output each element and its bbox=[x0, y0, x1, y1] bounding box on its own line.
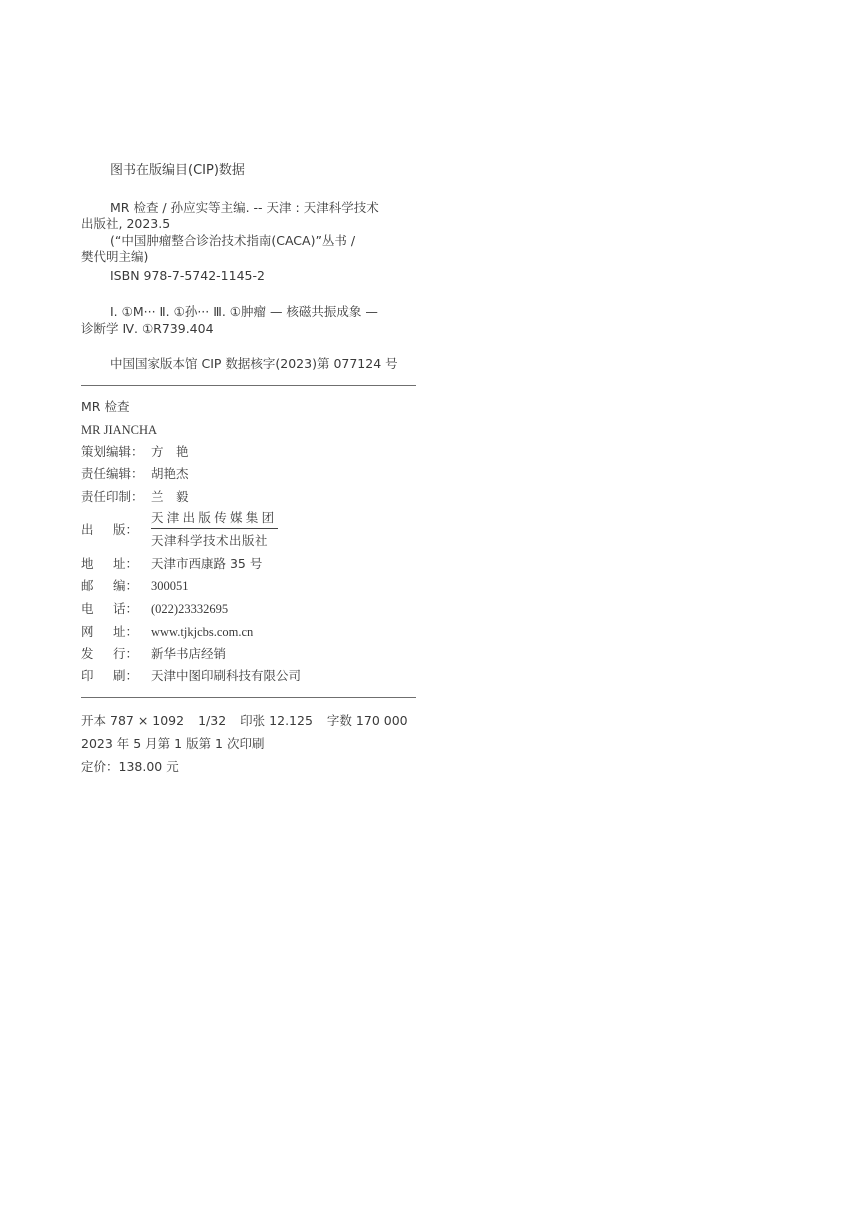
field-label-a: 地 bbox=[81, 556, 94, 572]
book-title-pinyin: MR JIANCHA bbox=[81, 422, 157, 438]
field-label: 责任编辑： bbox=[81, 466, 151, 482]
publisher-group: 天津出版传媒集团 bbox=[151, 510, 278, 529]
cip-heading: 图书在版编目(CIP)数据 bbox=[110, 163, 245, 179]
field-label-a: 电 bbox=[81, 601, 94, 617]
divider-top bbox=[81, 385, 416, 386]
field-label-b: 版： bbox=[113, 522, 138, 538]
book-title-cn: MR 检查 bbox=[81, 399, 129, 415]
edition-line: 2023 年 5 月第 1 版第 1 次印刷 bbox=[81, 736, 264, 752]
format-value: 787 × 1092 bbox=[110, 713, 184, 728]
field-label-a: 网 bbox=[81, 624, 94, 640]
field-publisher-value: 天津出版传媒集团 天津科学技术出版社 bbox=[151, 510, 278, 549]
divider-bottom bbox=[81, 697, 416, 698]
words-label: 字数 bbox=[327, 713, 352, 728]
field-label-b: 行： bbox=[113, 646, 138, 662]
field-value: 方 艳 bbox=[151, 444, 189, 459]
field-postcode: 邮编：300051 bbox=[81, 578, 189, 594]
field-label-b: 址： bbox=[113, 624, 138, 640]
publisher-house: 天津科学技术出版社 bbox=[151, 533, 278, 549]
cip-isbn: ISBN 978-7-5742-1145-2 bbox=[110, 268, 265, 284]
field-phone: 电话：(022)23332695 bbox=[81, 601, 228, 617]
field-publisher-label: 出版： bbox=[81, 522, 151, 538]
format-label: 开本 bbox=[81, 713, 106, 728]
cip-subjects-line-1: Ⅰ. ①M··· Ⅱ. ①孙··· Ⅲ. ①肿瘤 — 核磁共振成象 — bbox=[110, 304, 378, 320]
specs-format-line: 开本 787 × 10921/32印张 12.125字数 170 000 bbox=[81, 713, 408, 729]
cip-entry-line-1: MR 检查 / 孙应实等主编. -- 天津 : 天津科学技术 bbox=[110, 200, 379, 216]
field-label-b: 编： bbox=[113, 578, 138, 594]
price-line: 定价：138.00 元 bbox=[81, 759, 179, 775]
field-label-a: 印 bbox=[81, 668, 94, 684]
cip-series-line-1: (“中国肿瘤整合诊治技术指南(CACA)”丛书 / bbox=[110, 233, 355, 249]
field-value: 胡艳杰 bbox=[151, 466, 189, 481]
field-label-b: 刷： bbox=[113, 668, 138, 684]
field-address: 地址：天津市西康路 35 号 bbox=[81, 556, 262, 572]
field-value: 兰 毅 bbox=[151, 489, 189, 504]
field-label-b: 址： bbox=[113, 556, 138, 572]
field-label: 策划编辑： bbox=[81, 444, 151, 460]
field-value: 天津中图印刷科技有限公司 bbox=[151, 668, 301, 683]
field-value: 新华书店经销 bbox=[151, 646, 226, 661]
field-label-a: 邮 bbox=[81, 578, 94, 594]
field-planning-editor: 策划编辑：方 艳 bbox=[81, 444, 189, 460]
cip-subjects-line-2: 诊断学 Ⅳ. ①R739.404 bbox=[81, 321, 214, 337]
field-distribution: 发行：新华书店经销 bbox=[81, 646, 226, 662]
field-label: 责任印制： bbox=[81, 489, 151, 505]
field-value: (022)23332695 bbox=[151, 602, 228, 616]
words-value: 170 000 bbox=[356, 713, 408, 728]
field-label-a: 发 bbox=[81, 646, 94, 662]
field-website: 网址：www.tjkjcbs.com.cn bbox=[81, 624, 253, 640]
field-label-b: 话： bbox=[113, 601, 138, 617]
sheets-label: 印张 bbox=[240, 713, 265, 728]
field-value: 天津市西康路 35 号 bbox=[151, 556, 262, 571]
fraction: 1/32 bbox=[198, 713, 226, 728]
cip-series-line-2: 樊代明主编) bbox=[81, 249, 148, 265]
sheets-value: 12.125 bbox=[269, 713, 313, 728]
cip-record-number: 中国国家版本馆 CIP 数据核字(2023)第 077124 号 bbox=[110, 356, 398, 372]
field-responsible-printing: 责任印制：兰 毅 bbox=[81, 489, 189, 505]
field-value: www.tjkjcbs.com.cn bbox=[151, 625, 253, 639]
cip-entry-line-2: 出版社, 2023.5 bbox=[81, 216, 170, 232]
field-responsible-editor: 责任编辑：胡艳杰 bbox=[81, 466, 189, 482]
field-printer: 印刷：天津中图印刷科技有限公司 bbox=[81, 668, 301, 684]
field-label-a: 出 bbox=[81, 522, 94, 538]
field-value: 300051 bbox=[151, 579, 189, 593]
